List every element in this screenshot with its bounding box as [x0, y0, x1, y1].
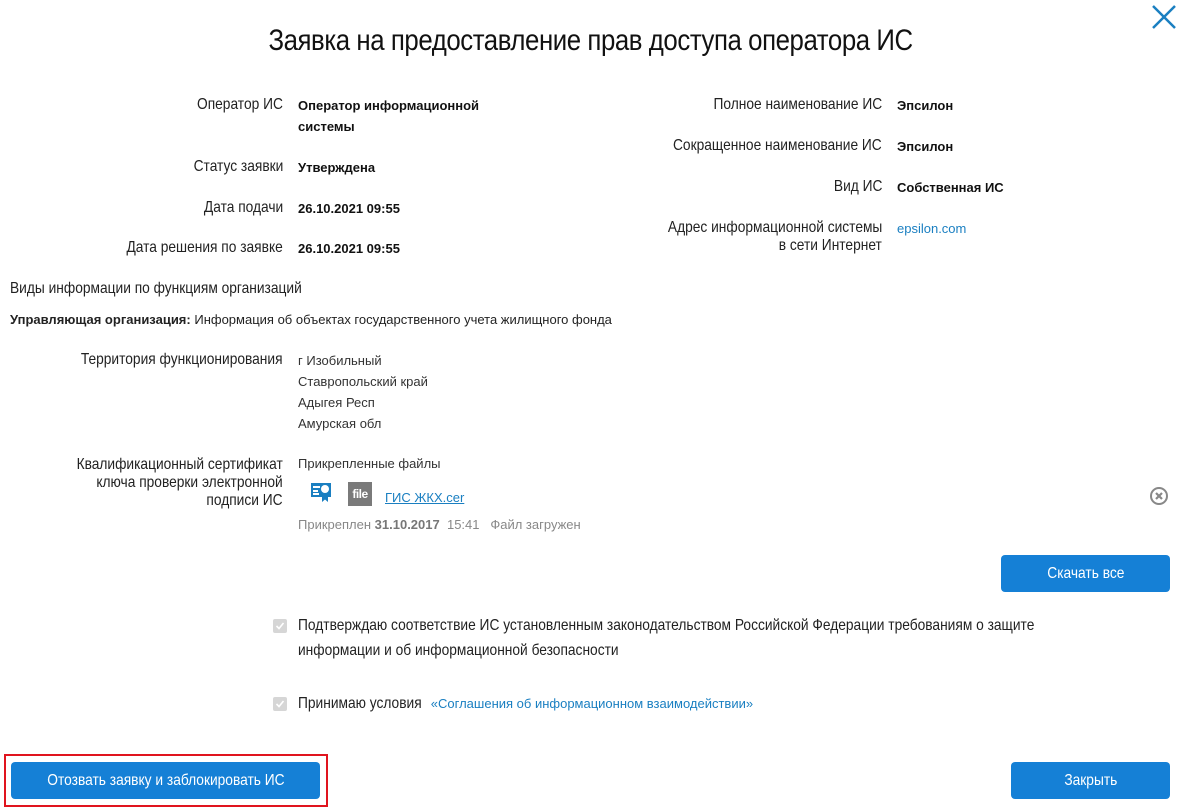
confirm-compliance-text: Подтверждаю соответствие ИС установленны… [298, 613, 1154, 663]
full-name-value: Эпсилон [897, 95, 953, 116]
internet-address-label: Адрес информационной системы в сети Инте… [633, 219, 882, 255]
territory-list: г Изобильный Ставропольский край Адыгея … [298, 350, 428, 434]
org-info-line: Управляющая организация: Информация об о… [10, 312, 612, 327]
close-button[interactable]: Закрыть [1011, 762, 1170, 799]
status-label: Статус заявки [179, 158, 283, 176]
info-types-title: Виды информации по функциям организаций [10, 280, 349, 298]
confirm-compliance-checkbox[interactable] [273, 619, 287, 633]
org-value: Информация об объектах государственного … [194, 312, 612, 327]
territory-item: Ставропольский край [298, 371, 428, 392]
attached-files-title: Прикрепленные файлы [298, 456, 441, 471]
remove-circle-icon [1149, 486, 1169, 506]
status-value: Утверждена [298, 157, 375, 178]
accept-terms-text: Принимаю условия«Соглашения об информаци… [298, 691, 753, 716]
remove-file-button[interactable] [1149, 486, 1169, 506]
territory-item: г Изобильный [298, 350, 428, 371]
dialog-title: Заявка на предоставление прав доступа оп… [0, 24, 1181, 58]
territory-label: Территория функционирования [48, 351, 283, 369]
operator-label: Оператор ИС [183, 96, 283, 114]
org-label: Управляющая организация: [10, 312, 191, 327]
submit-date-value: 26.10.2021 09:55 [298, 198, 400, 219]
download-all-button[interactable]: Скачать все [1001, 555, 1170, 592]
agreement-link[interactable]: «Соглашения об информационном взаимодейс… [431, 696, 753, 711]
is-type-value: Собственная ИС [897, 177, 1004, 198]
is-type-label: Вид ИС [826, 178, 882, 196]
checkmark-icon [275, 621, 285, 631]
internet-address-link[interactable]: epsilon.com [897, 218, 966, 239]
checkmark-icon [275, 699, 285, 709]
short-name-value: Эпсилон [897, 136, 953, 157]
territory-item: Амурская обл [298, 413, 428, 434]
operator-value: Оператор информационной системы [298, 95, 479, 137]
revoke-and-block-button[interactable]: Отозвать заявку и заблокировать ИС [11, 762, 320, 799]
accept-terms-checkbox[interactable] [273, 697, 287, 711]
decision-date-value: 26.10.2021 09:55 [298, 238, 400, 259]
decision-date-label: Дата решения по заявке [101, 239, 283, 257]
certificate-label: Квалификационный сертификат ключа провер… [43, 456, 283, 510]
submit-date-label: Дата подачи [191, 199, 283, 217]
territory-item: Адыгея Респ [298, 392, 428, 413]
file-meta: Прикреплен 31.10.2017 15:41 Файл загруже… [298, 517, 581, 532]
certificate-icon [310, 481, 332, 503]
short-name-label: Сокращенное наименование ИС [639, 137, 882, 155]
file-link[interactable]: ГИС ЖКХ.cer [385, 490, 464, 505]
full-name-label: Полное наименование ИС [686, 96, 882, 114]
file-type-icon: file [348, 482, 372, 506]
